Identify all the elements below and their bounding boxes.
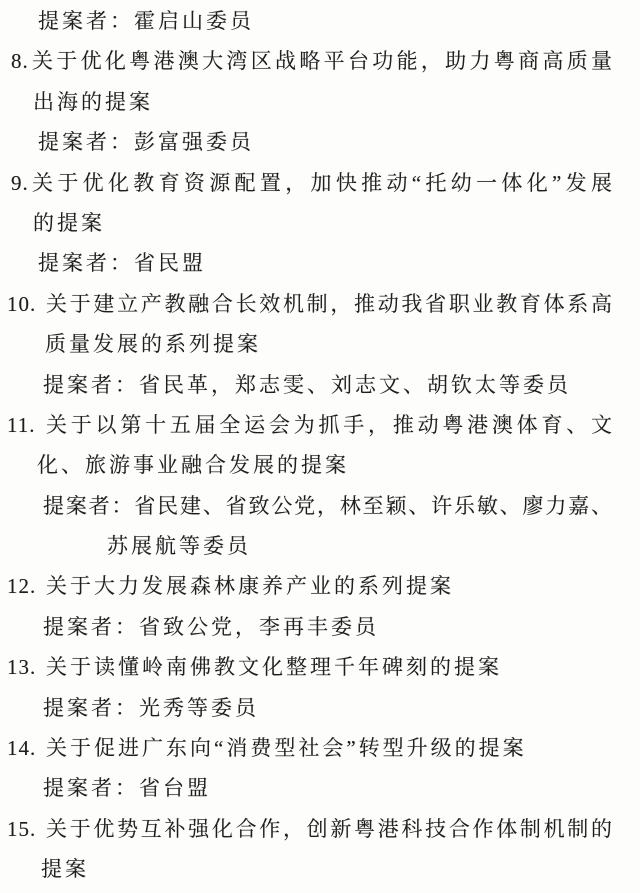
line-text: 关于优化粤港澳大湾区战略平台功能，助力粤商高质量	[32, 41, 612, 81]
proposer-line: 提案者：光秀等委员	[0, 688, 640, 728]
title-continuation-line: 提案	[0, 849, 640, 889]
line-text: 关于读懂岭南佛教文化整理千年碑刻的提案	[46, 647, 640, 687]
line-text: 的提案	[33, 203, 640, 243]
proposal-list: 提案者：霍启山委员 8. 关于优化粤港澳大湾区战略平台功能，助力粤商高质量 出海…	[0, 1, 640, 890]
proposal-title-line: 11. 关于以第十五届全运会为抓手，推动粤港澳体育、文	[0, 405, 640, 445]
line-text: 关于大力发展森林康养产业的系列提案	[46, 566, 640, 606]
line-text: 化、旅游事业融合发展的提案	[37, 445, 640, 485]
proposal-title-line: 12. 关于大力发展森林康养产业的系列提案	[0, 566, 640, 606]
line-text: 出海的提案	[33, 82, 640, 122]
title-continuation-line: 化、旅游事业融合发展的提案	[0, 445, 640, 485]
proposer-line: 提案者：彭富强委员	[0, 122, 640, 162]
proposer-line: 苏展航等委员	[0, 526, 640, 566]
item-number: 13.	[7, 647, 36, 687]
line-text: 质量发展的系列提案	[45, 324, 640, 364]
line-text: 提案者：省台盟	[43, 768, 640, 808]
line-text: 提案者：省民革，郑志雯、刘志文、胡钦太等委员	[43, 365, 640, 405]
item-number: 15.	[7, 809, 36, 849]
title-continuation-line: 的提案	[0, 203, 640, 243]
proposal-title-line: 9. 关于优化教育资源配置，加快推动“托幼一体化”发展	[0, 163, 640, 203]
item-number: 11.	[7, 405, 35, 445]
proposal-title-line: 15. 关于优势互补强化合作，创新粤港科技合作体制机制的	[0, 809, 640, 849]
line-text: 关于促进广东向“消费型社会”转型升级的提案	[46, 728, 640, 768]
proposer-line: 提案者：霍启山委员	[0, 1, 640, 41]
document-page: 提案者：霍启山委员 8. 关于优化粤港澳大湾区战略平台功能，助力粤商高质量 出海…	[0, 0, 640, 893]
line-text: 提案者：光秀等委员	[43, 688, 640, 728]
proposer-line: 提案者：省民盟	[0, 243, 640, 283]
proposal-title-line: 14. 关于促进广东向“消费型社会”转型升级的提案	[0, 728, 640, 768]
title-continuation-line: 质量发展的系列提案	[0, 324, 640, 364]
proposal-title-line: 8. 关于优化粤港澳大湾区战略平台功能，助力粤商高质量	[0, 41, 640, 81]
line-text: 提案	[41, 849, 640, 889]
proposer-line: 提案者：省台盟	[0, 768, 640, 808]
proposal-title-line: 10. 关于建立产教融合长效机制，推动我省职业教育体系高	[0, 284, 640, 324]
item-number: 10.	[7, 284, 36, 324]
item-number: 14.	[7, 728, 36, 768]
proposal-title-line: 13. 关于读懂岭南佛教文化整理千年碑刻的提案	[0, 647, 640, 687]
item-number: 8.	[11, 41, 29, 81]
line-text: 提案者：省致公党，李再丰委员	[43, 607, 640, 647]
line-text: 提案者：彭富强委员	[38, 122, 640, 162]
line-text: 提案者：省民盟	[38, 243, 640, 283]
proposer-line: 提案者：省致公党，李再丰委员	[0, 607, 640, 647]
line-text: 关于优化教育资源配置，加快推动“托幼一体化”发展	[32, 163, 612, 203]
proposer-line: 提案者：省民革，郑志雯、刘志文、胡钦太等委员	[0, 365, 640, 405]
item-number: 12.	[7, 566, 36, 606]
line-text: 关于以第十五届全运会为抓手，推动粤港澳体育、文	[46, 405, 612, 445]
item-number: 9.	[11, 163, 29, 203]
line-text: 提案者：省民建、省致公党，林至颖、许乐敏、廖力嘉、	[43, 486, 612, 526]
line-text: 苏展航等委员	[107, 526, 640, 566]
line-text: 关于建立产教融合长效机制，推动我省职业教育体系高	[46, 284, 612, 324]
line-text: 关于优势互补强化合作，创新粤港科技合作体制机制的	[46, 809, 612, 849]
line-text: 提案者：霍启山委员	[38, 1, 640, 41]
title-continuation-line: 出海的提案	[0, 82, 640, 122]
proposer-line: 提案者：省民建、省致公党，林至颖、许乐敏、廖力嘉、	[0, 486, 640, 526]
